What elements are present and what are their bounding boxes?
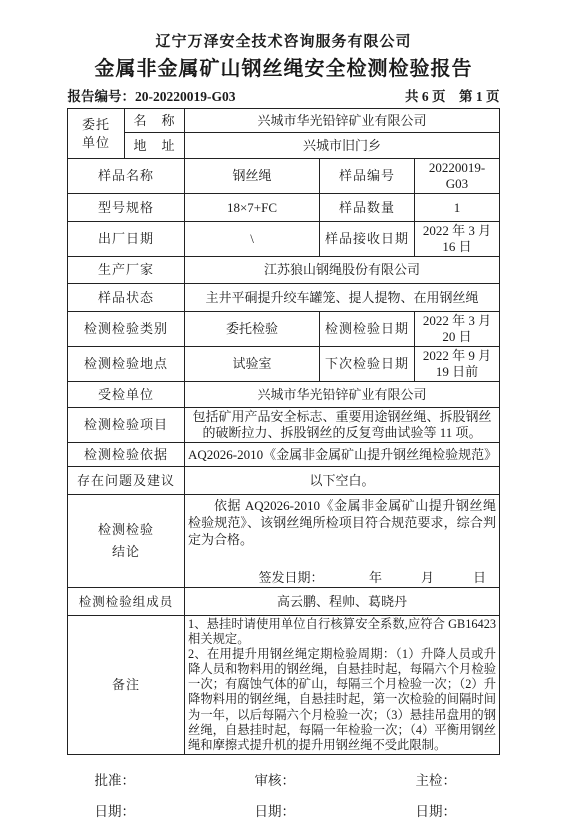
sample-qty-value: 1 [415,194,500,222]
receive-date-label: 样品接收日期 [320,222,415,257]
row-client-name: 委托 单位 名 称 兴城市华光铅锌矿业有限公司 [68,109,500,133]
remark-item-2: 2、在用提升用钢丝绳定期检验周期：（1）升降人员或升降人员和物料用的钢丝绳，自悬… [188,647,496,753]
inspected-unit-label: 受检单位 [68,382,185,408]
chief-date-label: 日期： [416,800,457,820]
row-team: 检测检验组成员 高云鹏、程帅、葛晓丹 [68,588,500,616]
remark-value: 1、悬挂时请使用单位自行核算安全系数,应符合 GB16423 相关规定。 2、在… [185,616,500,755]
report-title: 金属非金属矿山钢丝绳安全检测检验报告 [0,56,567,82]
client-unit-label: 委托 单位 [68,109,125,159]
client-name-value: 兴城市华光铅锌矿业有限公司 [185,109,500,133]
test-basis-label: 检测检验依据 [68,443,185,467]
report-form-table: 委托 单位 名 称 兴城市华光铅锌矿业有限公司 地 址 兴城市旧门乡 样品名称 … [67,108,500,755]
sample-no-value: 20220019-G03 [415,159,500,194]
page-indicator: 共 6 页 第 1 页 [405,88,500,105]
row-test-place: 检测检验地点 试验室 下次检验日期 2022 年 9 月 19 日前 [68,347,500,382]
conclusion-label: 检测检验 结论 [68,495,185,588]
row-factory-date: 出厂日期 \ 样品接收日期 2022 年 3 月 16 日 [68,222,500,257]
conclusion-label-line2: 结论 [71,544,181,560]
report-number: 报告编号：20-20220019-G03 [68,88,236,105]
test-type-label: 检测检验类别 [68,312,185,347]
conclusion-label-line1: 检测检验 [71,522,181,538]
row-sample-state: 样品状态 主井平硐提升绞车罐笼、提人提物、在用钢丝绳 [68,284,500,312]
inspected-unit-value: 兴城市华光铅锌矿业有限公司 [185,382,500,408]
sample-no-label: 样品编号 [320,159,415,194]
row-test-type: 检测检验类别 委托检验 检测检验日期 2022 年 3 月 20 日 [68,312,500,347]
factory-date-label: 出厂日期 [68,222,185,257]
chief-label: 主检： [416,769,457,789]
model-spec-label: 型号规格 [68,194,185,222]
signature-review: 审核： 日期： [255,769,296,820]
row-conclusion: 检测检验 结论 依据 AQ2026-2010《金属非金属矿山提升钢丝绳检验规范》… [68,495,500,588]
approve-label: 批准： [95,769,136,789]
client-address-value: 兴城市旧门乡 [185,133,500,159]
receive-date-value: 2022 年 3 月 16 日 [415,222,500,257]
row-sample-name: 样品名称 钢丝绳 样品编号 20220019-G03 [68,159,500,194]
sample-qty-label: 样品数量 [320,194,415,222]
row-client-address: 地 址 兴城市旧门乡 [68,133,500,159]
signature-approve: 批准： 日期： [95,769,136,820]
model-spec-value: 18×7+FC [185,194,320,222]
conclusion-text: 依据 AQ2026-2010《金属非金属矿山提升钢丝绳检验规范》、该钢丝绳所检项… [188,497,496,548]
row-test-basis: 检测检验依据 AQ2026-2010《金属非金属矿山提升钢丝绳检验规范》 [68,443,500,467]
report-page: 辽宁万泽安全技术咨询服务有限公司 金属非金属矿山钢丝绳安全检测检验报告 报告编号… [0,0,567,802]
sample-state-label: 样品状态 [68,284,185,312]
sample-state-value: 主井平硐提升绞车罐笼、提人提物、在用钢丝绳 [185,284,500,312]
problems-value: 以下空白。 [185,467,500,495]
report-meta-row: 报告编号：20-20220019-G03 共 6 页 第 1 页 [68,88,500,105]
row-inspected-unit: 受检单位 兴城市华光铅锌矿业有限公司 [68,382,500,408]
report-number-label: 报告编号： [68,89,136,104]
team-label: 检测检验组成员 [68,588,185,616]
sample-name-label: 样品名称 [68,159,185,194]
test-date-label: 检测检验日期 [320,312,415,347]
test-items-label: 检测检验项目 [68,408,185,443]
sample-name-value: 钢丝绳 [185,159,320,194]
row-remark: 备注 1、悬挂时请使用单位自行核算安全系数,应符合 GB16423 相关规定。 … [68,616,500,755]
team-value: 高云鹏、程帅、葛晓丹 [185,588,500,616]
test-place-label: 检测检验地点 [68,347,185,382]
company-name: 辽宁万泽安全技术咨询服务有限公司 [0,32,567,52]
test-items-value: 包括矿用产品安全标志、重要用途钢丝绳、拆股钢丝的破断拉力、拆股钢丝的反复弯曲试验… [185,408,500,443]
test-place-value: 试验室 [185,347,320,382]
row-test-items: 检测检验项目 包括矿用产品安全标志、重要用途钢丝绳、拆股钢丝的破断拉力、拆股钢丝… [68,408,500,443]
next-date-label: 下次检验日期 [320,347,415,382]
test-basis-value: AQ2026-2010《金属非金属矿山提升钢丝绳检验规范》 [185,443,500,467]
client-unit-label-line1: 委托 [71,116,121,134]
signature-chief: 主检： 日期： [416,769,457,820]
manufacturer-label: 生产厂家 [68,257,185,284]
remark-item-1: 1、悬挂时请使用单位自行核算安全系数,应符合 GB16423 相关规定。 [188,617,496,647]
signature-block: 批准： 日期： 审核： 日期： 主检： 日期： [68,769,500,829]
remark-label: 备注 [68,616,185,755]
report-number-value: 20-20220019-G03 [135,89,236,104]
client-name-label: 名 称 [125,109,185,133]
next-date-value: 2022 年 9 月 19 日前 [415,347,500,382]
row-model-spec: 型号规格 18×7+FC 样品数量 1 [68,194,500,222]
approve-date-label: 日期： [95,800,136,820]
row-problems: 存在问题及建议 以下空白。 [68,467,500,495]
sign-date-line: 签发日期： 年 月 日 [188,570,496,586]
client-unit-label-line2: 单位 [71,134,121,152]
test-type-value: 委托检验 [185,312,320,347]
factory-date-value: \ [185,222,320,257]
client-address-label: 地 址 [125,133,185,159]
test-date-value: 2022 年 3 月 20 日 [415,312,500,347]
problems-label: 存在问题及建议 [68,467,185,495]
review-label: 审核： [255,769,296,789]
review-date-label: 日期： [255,800,296,820]
row-manufacturer: 生产厂家 江苏狼山钢绳股份有限公司 [68,257,500,284]
manufacturer-value: 江苏狼山钢绳股份有限公司 [185,257,500,284]
conclusion-value: 依据 AQ2026-2010《金属非金属矿山提升钢丝绳检验规范》、该钢丝绳所检项… [185,495,500,588]
